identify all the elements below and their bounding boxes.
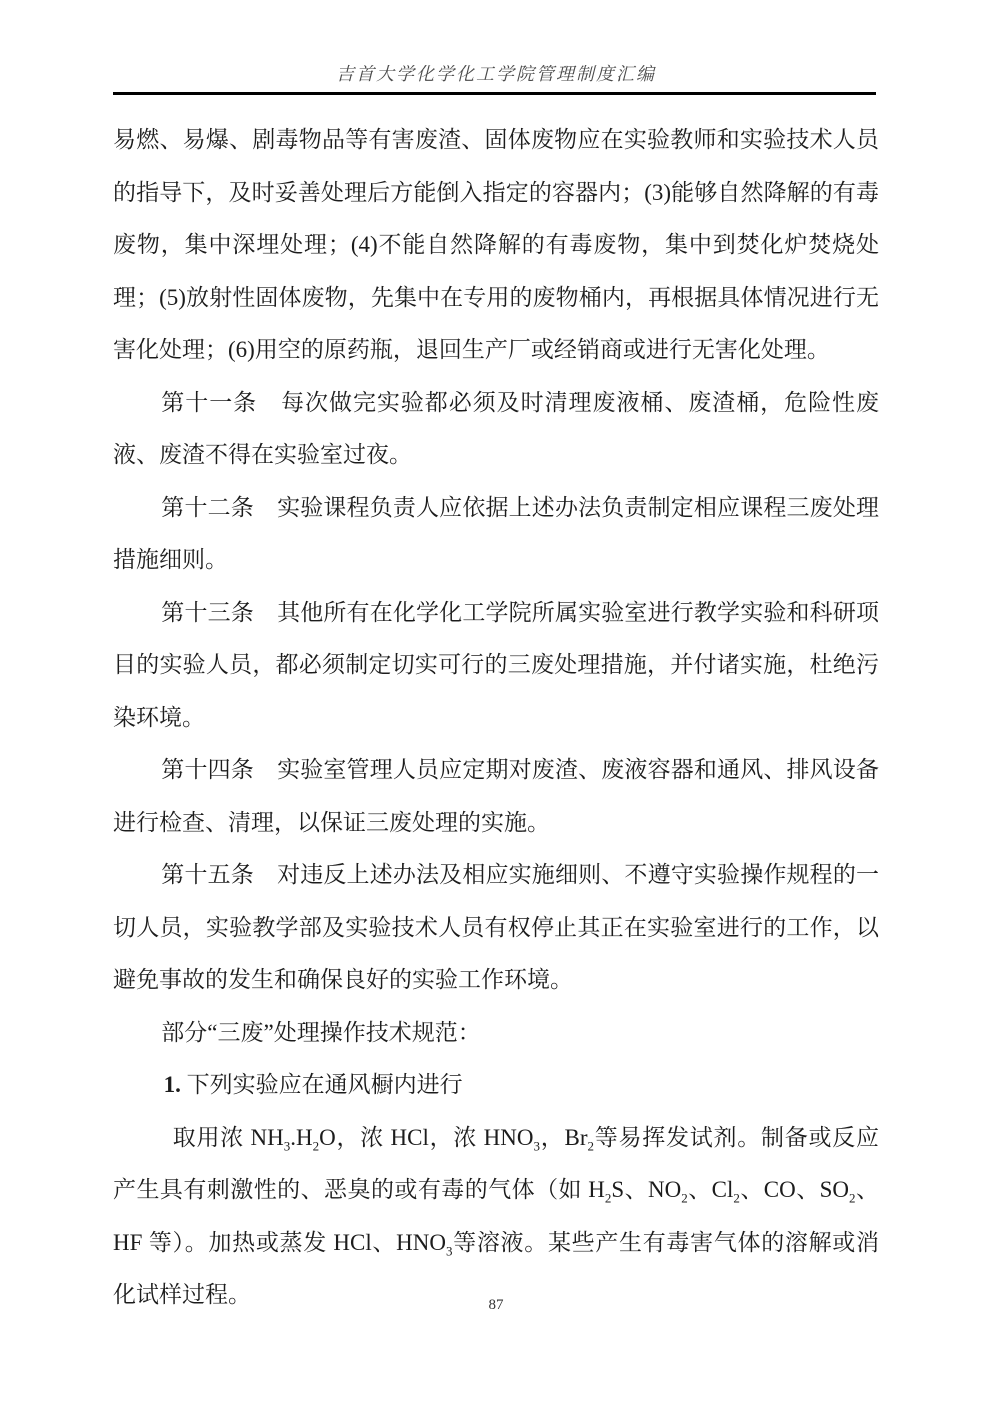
paragraph: 取用浓 NH3.H2O，浓 HCl，浓 HNO3，Br2等易挥发试剂。制备或反应… [113,1112,879,1322]
paragraph: 部分“三废”处理操作技术规范： [113,1007,879,1060]
paragraph: 第十四条 实验室管理人员应定期对废渣、废液容器和通风、排风设备进行检查、清理，以… [113,744,879,849]
paragraph: 第十五条 对违反上述办法及相应实施细则、不遵守实验操作规程的一切人员，实验教学部… [113,849,879,1007]
paragraph: 第十一条 每次做完实验都必须及时清理废液桶、废渣桶，危险性废液、废渣不得在实验室… [113,377,879,482]
text-segment: 易燃、易爆、剧毒物品等有害废渣、固体废物应在实验教师和实验技术人员的指导下，及时… [113,127,879,362]
text-segment: 部分“三废”处理操作技术规范： [161,1020,480,1045]
paragraph: 易燃、易爆、剧毒物品等有害废渣、固体废物应在实验教师和实验技术人员的指导下，及时… [113,114,879,377]
paragraph: 1. 下列实验应在通风橱内进行 [113,1059,879,1112]
text-segment: 第十五条 对违反上述办法及相应实施细则、不遵守实验操作规程的一切人员，实验教学部… [113,862,879,992]
text-segment: ，Br [540,1125,588,1150]
text-segment: 、CO、SO [740,1177,849,1202]
paragraph: 第十三条 其他所有在化学化工学院所属实验室进行教学实验和科研项目的实验人员，都必… [113,587,879,745]
text-segment: 第十四条 实验室管理人员应定期对废渣、废液容器和通风、排风设备进行检查、清理，以… [113,757,879,835]
text-segment: .H [290,1125,312,1150]
text-segment: 第十三条 其他所有在化学化工学院所属实验室进行教学实验和科研项目的实验人员，都必… [113,600,879,730]
paragraph: 第十二条 实验课程负责人应依据上述办法负责制定相应课程三废处理措施细则。 [113,482,879,587]
header-rule [113,92,876,95]
text-segment: 1. [164,1072,181,1097]
text-segment: O，浓 HCl，浓 HNO [319,1125,533,1150]
text-segment: 取用浓 NH [173,1125,284,1150]
text-segment: 下列实验应在通风橱内进行 [181,1072,463,1097]
document-body: 易燃、易爆、剧毒物品等有害废渣、固体废物应在实验教师和实验技术人员的指导下，及时… [113,114,879,1322]
text-segment: S、NO [611,1177,681,1202]
page-number: 87 [0,1297,992,1314]
text-segment: 第十一条 每次做完实验都必须及时清理废液桶、废渣桶，危险性废液、废渣不得在实验室… [113,390,879,468]
text-segment: 、Cl [688,1177,734,1202]
document-page: 吉首大学化学化工学院管理制度汇编 易燃、易爆、剧毒物品等有害废渣、固体废物应在实… [0,0,992,1403]
header-title: 吉首大学化学化工学院管理制度汇编 [0,60,992,86]
text-segment: 第十二条 实验课程负责人应依据上述办法负责制定相应课程三废处理措施细则。 [113,495,879,573]
